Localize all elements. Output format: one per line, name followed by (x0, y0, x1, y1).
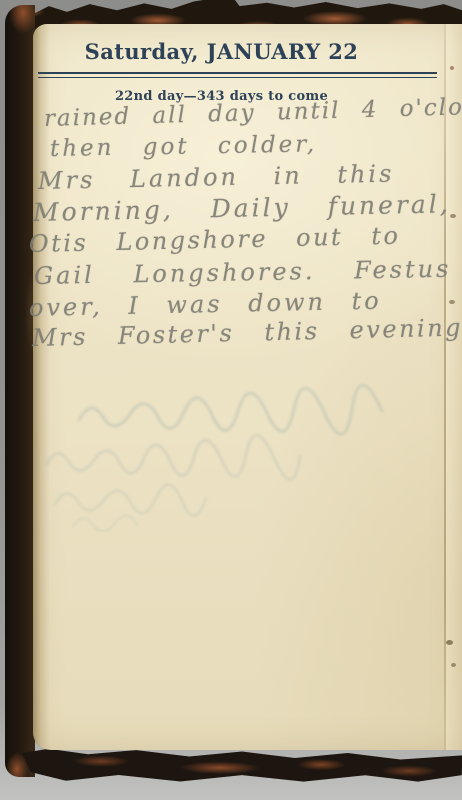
scanned-diary-photo: Saturday, JANUARY 22 22nd day—343 days t… (0, 0, 462, 800)
paper-speck (450, 214, 456, 218)
paper-speck (451, 663, 456, 667)
book-bottom-worn-edge (22, 745, 462, 786)
paper-speck (450, 66, 454, 70)
date-header: Saturday, JANUARY 22 (33, 39, 410, 64)
paper-speck (446, 640, 453, 645)
entry-line: Otis Longshore out to (29, 222, 401, 258)
header-double-rule (38, 72, 437, 78)
bleed-through-writing (33, 362, 453, 532)
diary-page: Saturday, JANUARY 22 22nd day—343 days t… (33, 24, 462, 750)
entry-line: Mrs Landon in this (38, 160, 395, 195)
book-spine-binding (5, 5, 35, 777)
entry-line: then got colder, (50, 131, 318, 162)
paper-speck (449, 300, 455, 304)
entry-line: Gail Longshores. Festus (34, 255, 452, 290)
